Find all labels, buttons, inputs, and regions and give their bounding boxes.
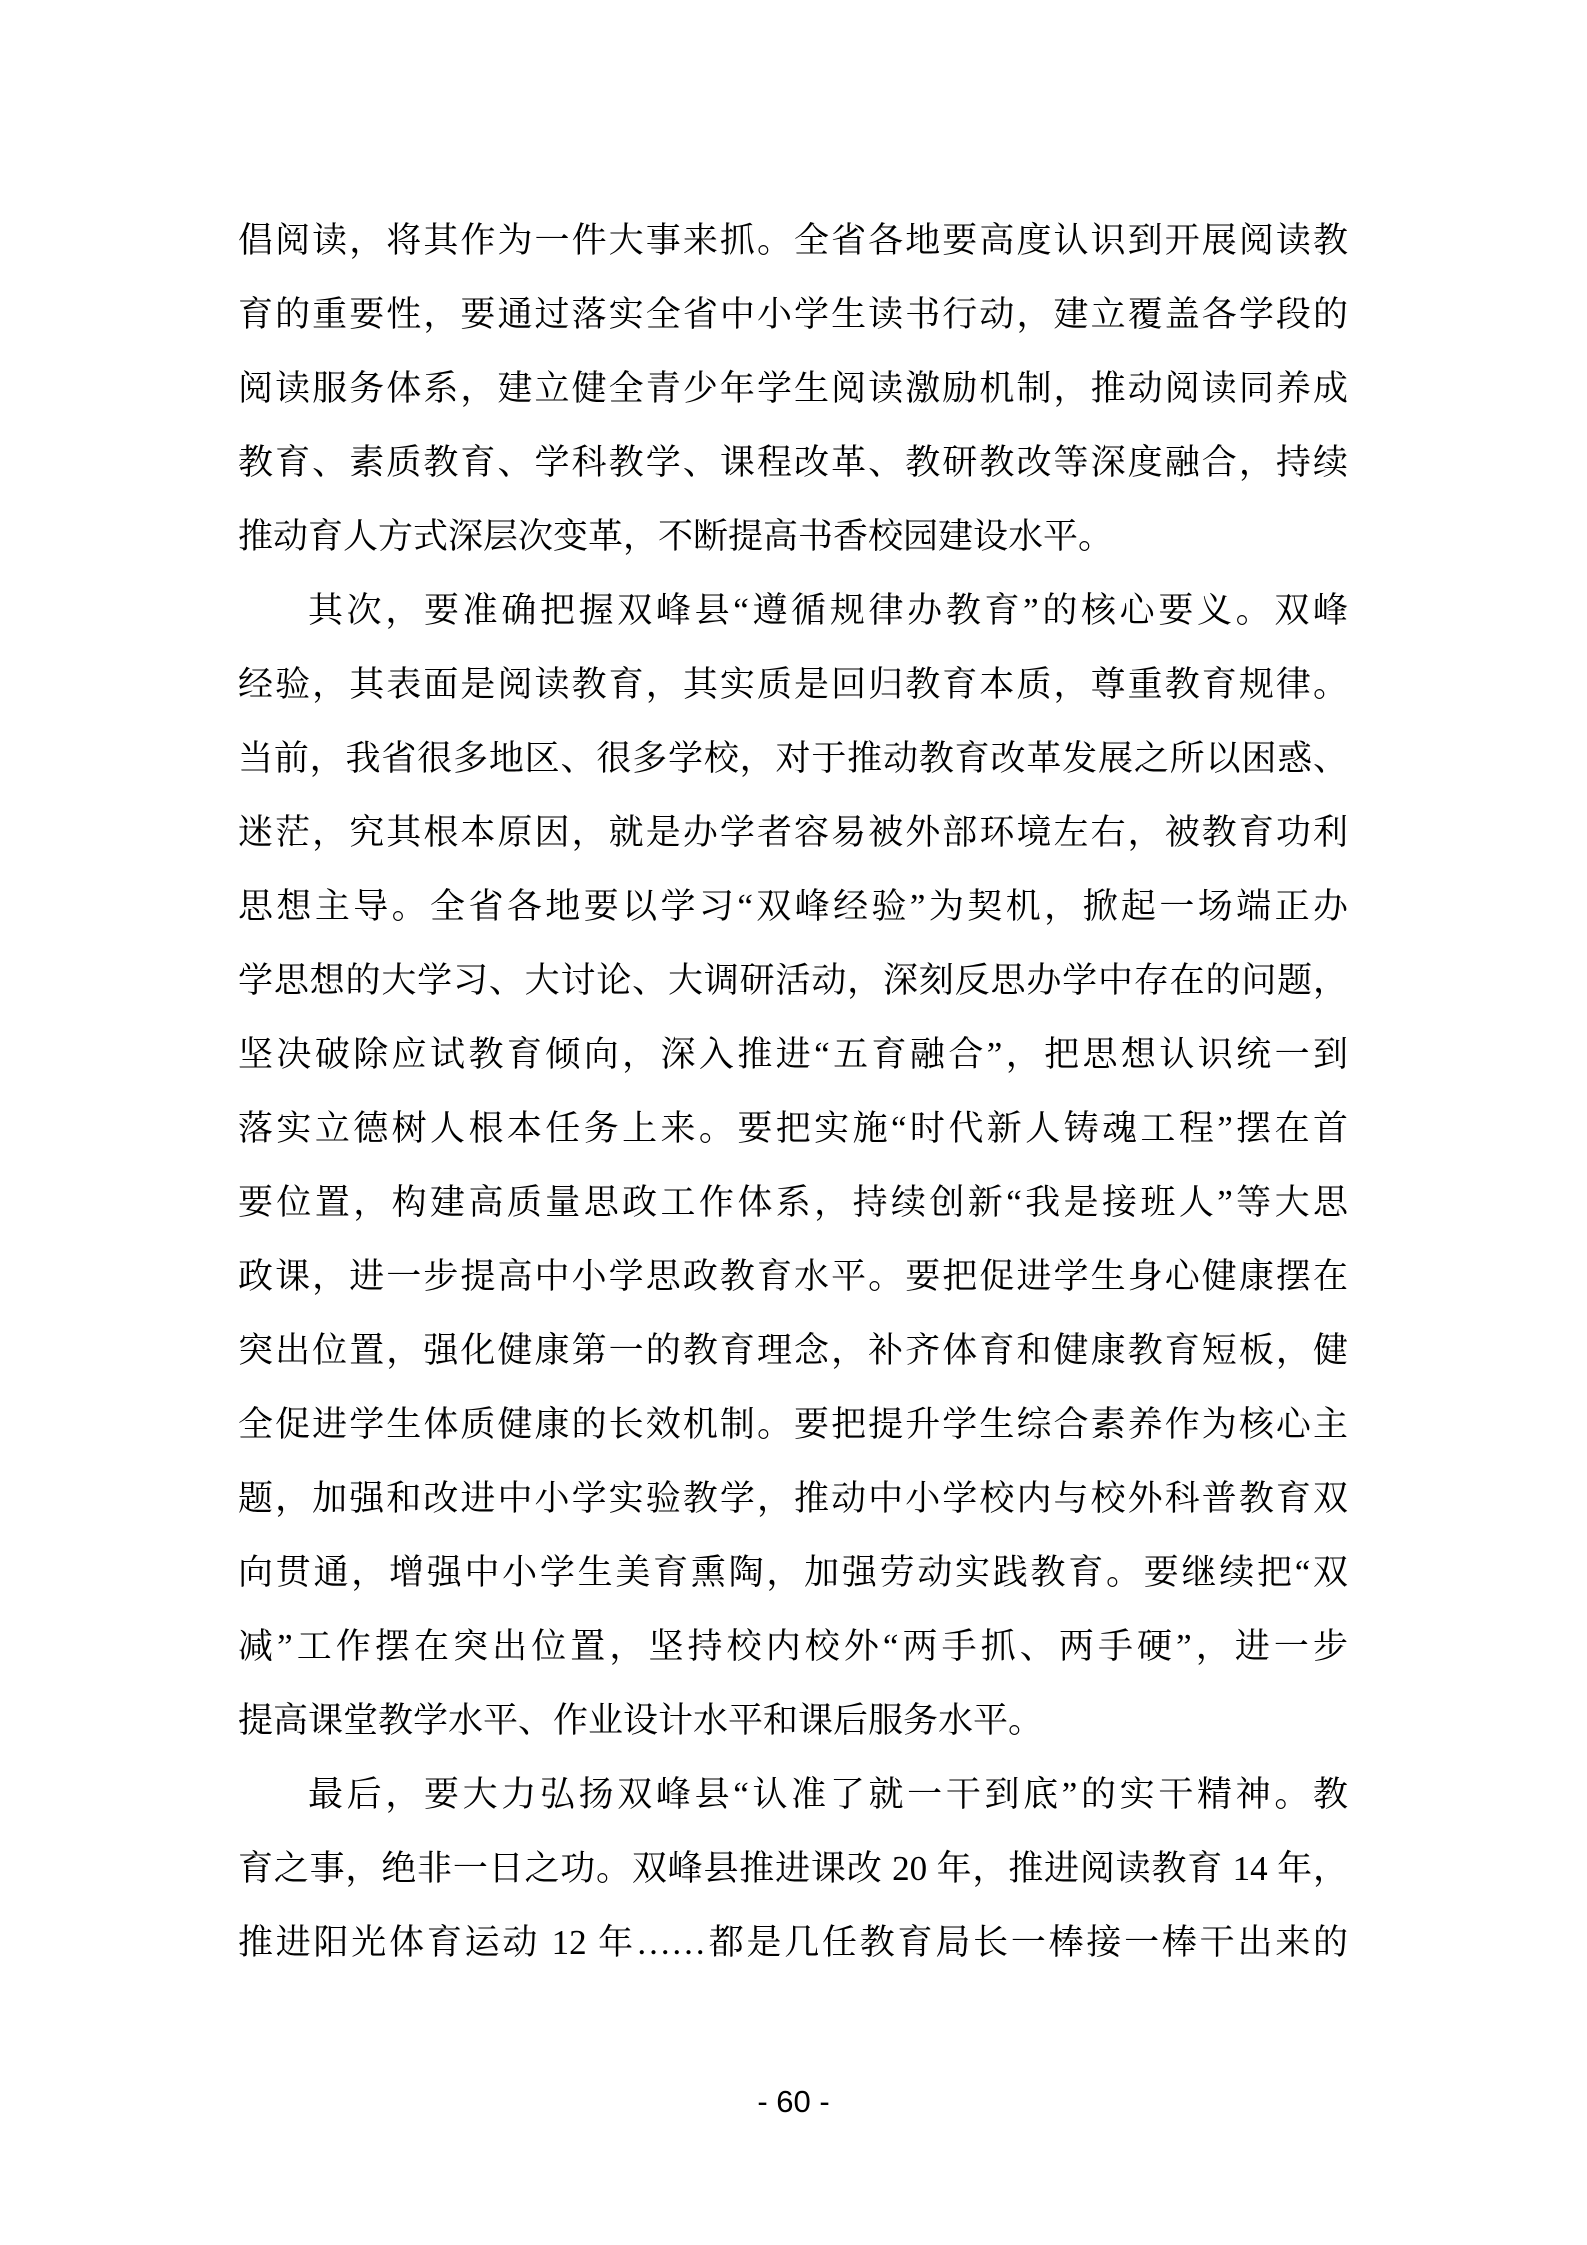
text-line: 最后，要大力弘扬双峰县“认准了就一干到底”的实干精神。教 bbox=[238, 1758, 1348, 1832]
document-page: 倡阅读，将其作为一件大事来抓。全省各地要高度认识到开展阅读教育的重要性，要通过落… bbox=[0, 0, 1587, 2245]
text-line: 教育、素质教育、学科教学、课程改革、教研教改等深度融合，持续 bbox=[238, 426, 1348, 500]
paragraph-3: 最后，要大力弘扬双峰县“认准了就一干到底”的实干精神。教育之事，绝非一日之功。双… bbox=[238, 1758, 1348, 1980]
text-line: 落实立德树人根本任务上来。要把实施“时代新人铸魂工程”摆在首 bbox=[238, 1092, 1348, 1166]
text-line: 政课，进一步提高中小学思政教育水平。要把促进学生身心健康摆在 bbox=[238, 1240, 1348, 1314]
text-line: 坚决破除应试教育倾向，深入推进“五育融合”，把思想认识统一到 bbox=[238, 1018, 1348, 1092]
text-line: 提高课堂教学水平、作业设计水平和课后服务水平。 bbox=[238, 1684, 1348, 1758]
text-line: 推动育人方式深层次变革，不断提高书香校园建设水平。 bbox=[238, 500, 1348, 574]
text-line: 减”工作摆在突出位置，坚持校内校外“两手抓、两手硬”，进一步 bbox=[238, 1610, 1348, 1684]
text-line: 突出位置，强化健康第一的教育理念，补齐体育和健康教育短板，健 bbox=[238, 1314, 1348, 1388]
text-line: 要位置，构建高质量思政工作体系，持续创新“我是接班人”等大思 bbox=[238, 1166, 1348, 1240]
text-line: 其次，要准确把握双峰县“遵循规律办教育”的核心要义。双峰 bbox=[238, 574, 1348, 648]
text-line: 推进阳光体育运动 12 年……都是几任教育局长一棒接一棒干出来的 bbox=[238, 1906, 1348, 1980]
text-line: 当前，我省很多地区、很多学校，对于推动教育改革发展之所以困惑、 bbox=[238, 722, 1348, 796]
paragraph-2: 其次，要准确把握双峰县“遵循规律办教育”的核心要义。双峰经验，其表面是阅读教育，… bbox=[238, 574, 1348, 1758]
text-line: 倡阅读，将其作为一件大事来抓。全省各地要高度认识到开展阅读教 bbox=[238, 204, 1348, 278]
text-line: 向贯通，增强中小学生美育熏陶，加强劳动实践教育。要继续把“双 bbox=[238, 1536, 1348, 1610]
text-line: 经验，其表面是阅读教育，其实质是回归教育本质，尊重教育规律。 bbox=[238, 648, 1348, 722]
text-block: 倡阅读，将其作为一件大事来抓。全省各地要高度认识到开展阅读教育的重要性，要通过落… bbox=[238, 204, 1348, 1980]
page-number: - 60 - bbox=[0, 2082, 1587, 2122]
text-line: 迷茫，究其根本原因，就是办学者容易被外部环境左右，被教育功利 bbox=[238, 796, 1348, 870]
text-line: 全促进学生体质健康的长效机制。要把提升学生综合素养作为核心主 bbox=[238, 1388, 1348, 1462]
text-line: 思想主导。全省各地要以学习“双峰经验”为契机，掀起一场端正办 bbox=[238, 870, 1348, 944]
paragraph-1: 倡阅读，将其作为一件大事来抓。全省各地要高度认识到开展阅读教育的重要性，要通过落… bbox=[238, 204, 1348, 574]
text-line: 题，加强和改进中小学实验教学，推动中小学校内与校外科普教育双 bbox=[238, 1462, 1348, 1536]
text-line: 阅读服务体系，建立健全青少年学生阅读激励机制，推动阅读同养成 bbox=[238, 352, 1348, 426]
text-line: 育的重要性，要通过落实全省中小学生读书行动，建立覆盖各学段的 bbox=[238, 278, 1348, 352]
text-line: 学思想的大学习、大讨论、大调研活动，深刻反思办学中存在的问题， bbox=[238, 944, 1348, 1018]
text-line: 育之事，绝非一日之功。双峰县推进课改 20 年，推进阅读教育 14 年， bbox=[238, 1832, 1348, 1906]
